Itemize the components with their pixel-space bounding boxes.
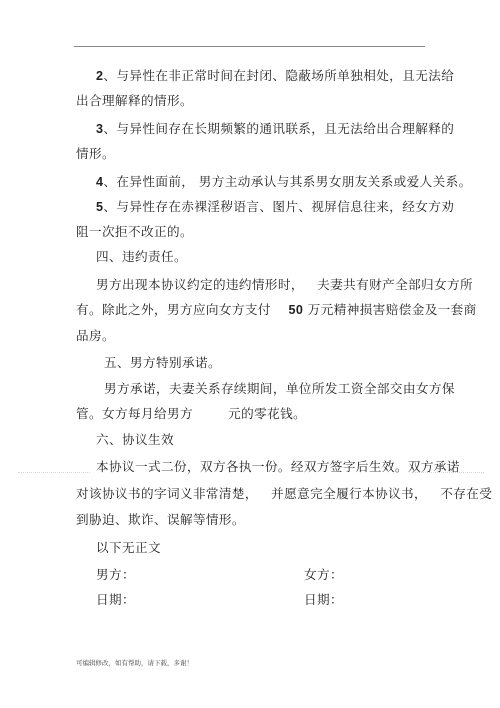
- end-of-text-note: 以下无正文: [96, 540, 161, 556]
- clause-5-line-2: 阻一次拒不改正的。: [76, 224, 193, 240]
- header-rule: [74, 46, 425, 47]
- page-break-dotted-left: [18, 472, 90, 473]
- section-5-line-1: 男方承诺，夫妻关系存续期间，单位所发工资全部交由女方保: [104, 381, 455, 397]
- section-4-line-2: 有。除此之外，男方应向女方支付 50 万元精神损害赔偿金及一套商: [76, 302, 477, 318]
- clause-5-line-1: 5、与异性存在赤裸淫秽语言、图片、视屏信息往来，经女方劝: [96, 199, 454, 215]
- clause-3-line-2: 情形。: [76, 146, 115, 162]
- section-4-line-1: 男方出现本协议约定的违约情形时， 夫妻共有财产全部归女方所: [96, 277, 473, 293]
- footer-note: 可编辑修改，如有帮助，请下载，多谢！: [76, 658, 193, 667]
- clause-2-line-2: 出合理解释的情形。: [76, 93, 193, 109]
- clause-2-line-1: 2、与异性在非正常时间在封闭、隐蔽场所单独相处，且无法给: [96, 68, 454, 84]
- section-6-heading: 六、协议生效: [96, 432, 174, 448]
- section-5-line-2: 管。女方每月给男方 元的零花钱。: [76, 406, 306, 422]
- section-6-line-1: 本协议一式二份，双方各执一份。经双方签字后生效。双方承诺: [96, 459, 460, 475]
- male-signature-label: 男方：: [96, 567, 135, 583]
- male-date-label: 日期：: [96, 592, 135, 608]
- section-5-heading: 五、男方特别承诺。: [104, 355, 221, 371]
- clause-4-line-1: 4、在异性面前， 男方主动承认与其系男女朋友关系或爱人关系。: [96, 174, 472, 190]
- clause-3-line-1: 3、与异性间存在长期频繁的通讯联系，且无法给出合理解释的: [96, 121, 454, 137]
- section-4-heading: 四、违约责任。: [96, 249, 187, 265]
- section-6-line-2: 对该协议书的字词义非常清楚， 并愿意完全履行本协议书， 不存在受: [76, 486, 492, 502]
- section-6-line-3: 到胁迫、欺诈、误解等情形。: [76, 512, 245, 528]
- female-signature-label: 女方：: [304, 567, 343, 583]
- female-date-label: 日期：: [304, 592, 343, 608]
- section-4-line-3: 品房。: [76, 328, 115, 344]
